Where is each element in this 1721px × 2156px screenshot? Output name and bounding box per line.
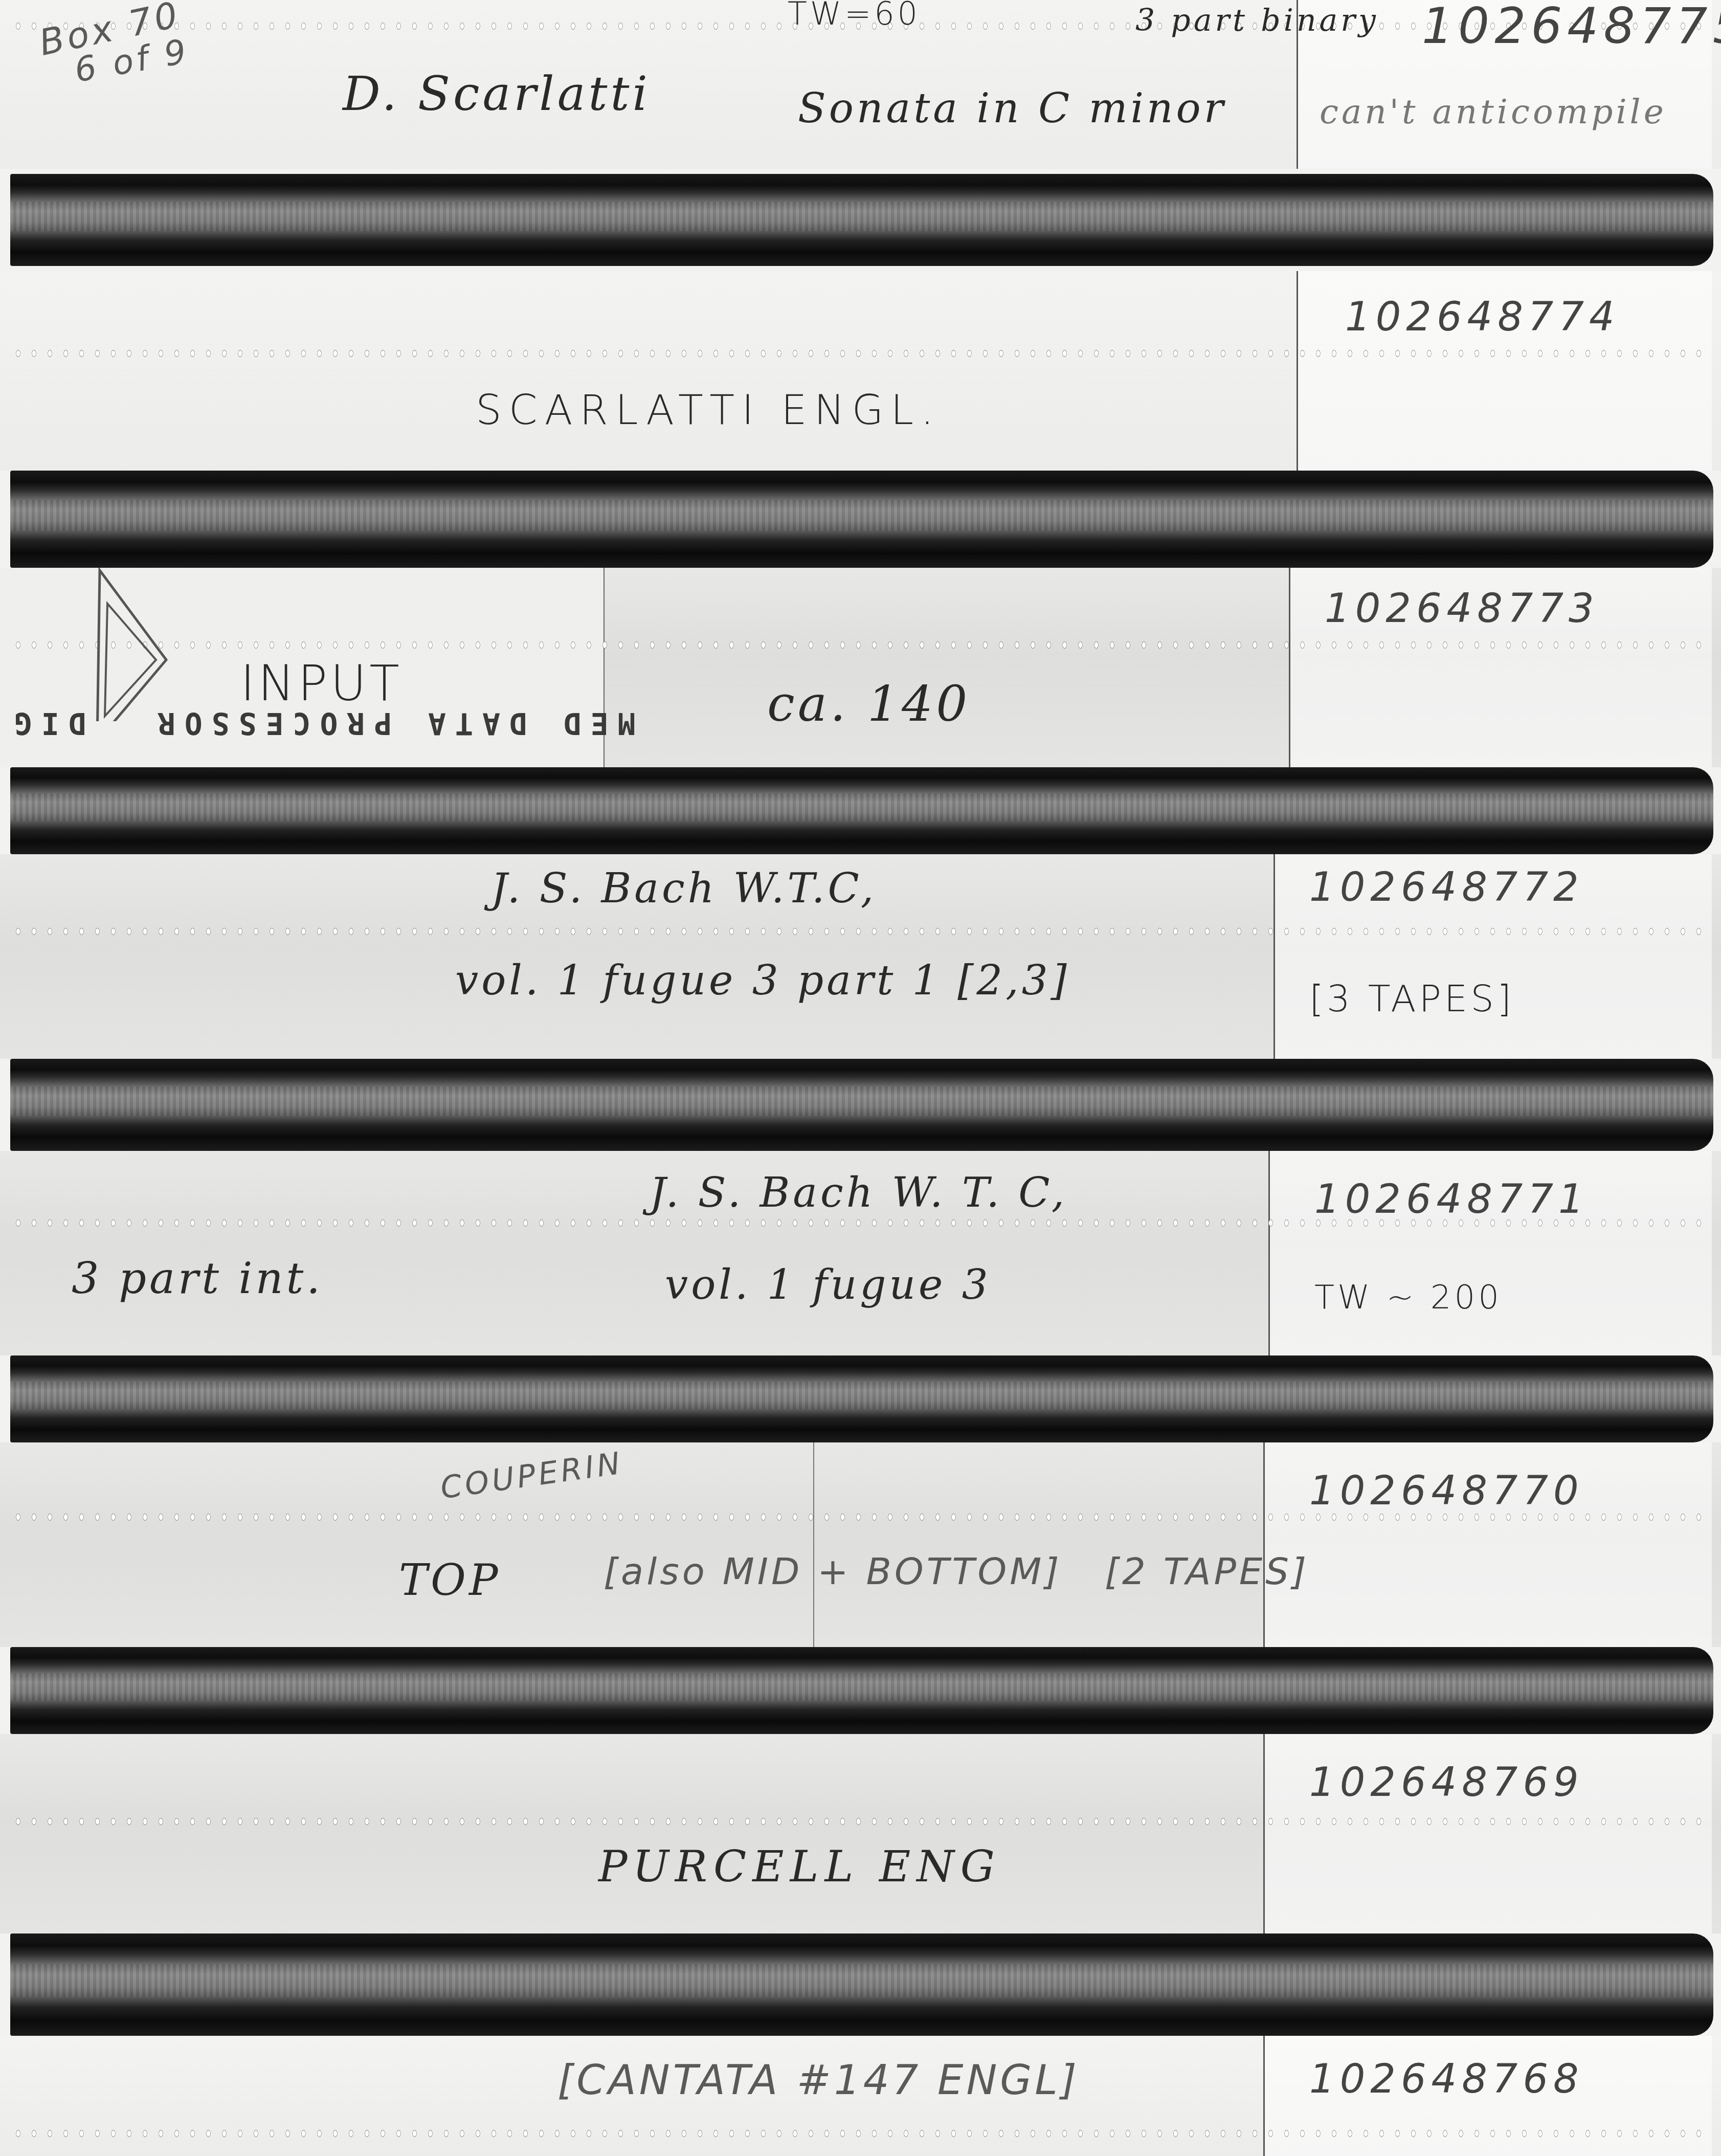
strip-7-label: PURCELL ENG — [598, 1841, 1001, 1892]
printed-leader-text: MED DATA PROCESSOR — [148, 706, 636, 741]
strip-1-title: Sonata in C minor — [798, 84, 1226, 132]
sprocket-holes — [10, 926, 1711, 937]
direction-arrow-icon — [95, 568, 171, 721]
tape-roll-band — [10, 767, 1713, 854]
tape-id-2: 102648774 — [1345, 294, 1620, 340]
strip-5-work: vol. 1 fugue 3 — [665, 1261, 991, 1308]
strip-5-composer: J. S. Bach W. T. C, — [650, 1169, 1067, 1216]
strip-4-tape-count: [3 TAPES] — [1309, 977, 1514, 1020]
strip-3-tempo: ca. 140 — [767, 675, 970, 732]
tape-roll-band — [10, 1355, 1713, 1442]
strip-4-composer: J. S. Bach W.T.C, — [491, 864, 877, 912]
tape-id-6: 102648770 — [1309, 1468, 1584, 1514]
tw-note: TW=60 — [788, 0, 921, 32]
binary-note: 3 part binary — [1135, 3, 1379, 38]
document-page: Box 70 6 of 9 TW=60 3 part binary 102648… — [0, 0, 1721, 2156]
strip-6-also-note: [also MID + BOTTOM] — [604, 1550, 1062, 1593]
sprocket-holes — [10, 639, 1711, 651]
tape-roll-band — [10, 174, 1713, 266]
strip-1-note: can't anticompile — [1320, 92, 1667, 131]
strip-5-tw-note: TW ~ 200 — [1314, 1279, 1502, 1317]
tape-roll-band — [10, 471, 1713, 568]
sprocket-holes — [10, 2128, 1711, 2139]
tape-splice-line — [813, 1442, 814, 1647]
sprocket-holes — [10, 1816, 1711, 1827]
tape-id-4: 102648772 — [1309, 864, 1584, 910]
sprocket-holes — [10, 348, 1711, 359]
strip-3-input-label: INPUT — [240, 655, 403, 712]
strip-1-composer: D. Scarlatti — [343, 66, 651, 121]
tape-id-7: 102648769 — [1309, 1760, 1584, 1806]
tape-id-3: 102648773 — [1325, 586, 1599, 632]
tape-id-5: 102648771 — [1314, 1176, 1589, 1223]
strip-2-label: SCARLATTI ENGL. — [476, 386, 941, 434]
tape-id-1: 102648775 — [1422, 0, 1721, 55]
tape-roll-band — [10, 1933, 1713, 2036]
printed-leader-prefix: DIG — [5, 706, 86, 741]
tape-id-8: 102648768 — [1309, 2056, 1584, 2102]
strip-4-work: vol. 1 fugue 3 part 1 [2,3] — [455, 957, 1070, 1004]
strip-6-tape-count: [2 TAPES] — [1105, 1550, 1309, 1593]
tape-roll-band — [10, 1647, 1713, 1734]
strip-8-label: [CANTATA #147 ENGL] — [557, 2056, 1080, 2104]
strip-5-part-note: 3 part int. — [72, 1253, 323, 1303]
tape-roll-band — [10, 1059, 1713, 1151]
strip-6-voice: TOP — [399, 1555, 501, 1605]
